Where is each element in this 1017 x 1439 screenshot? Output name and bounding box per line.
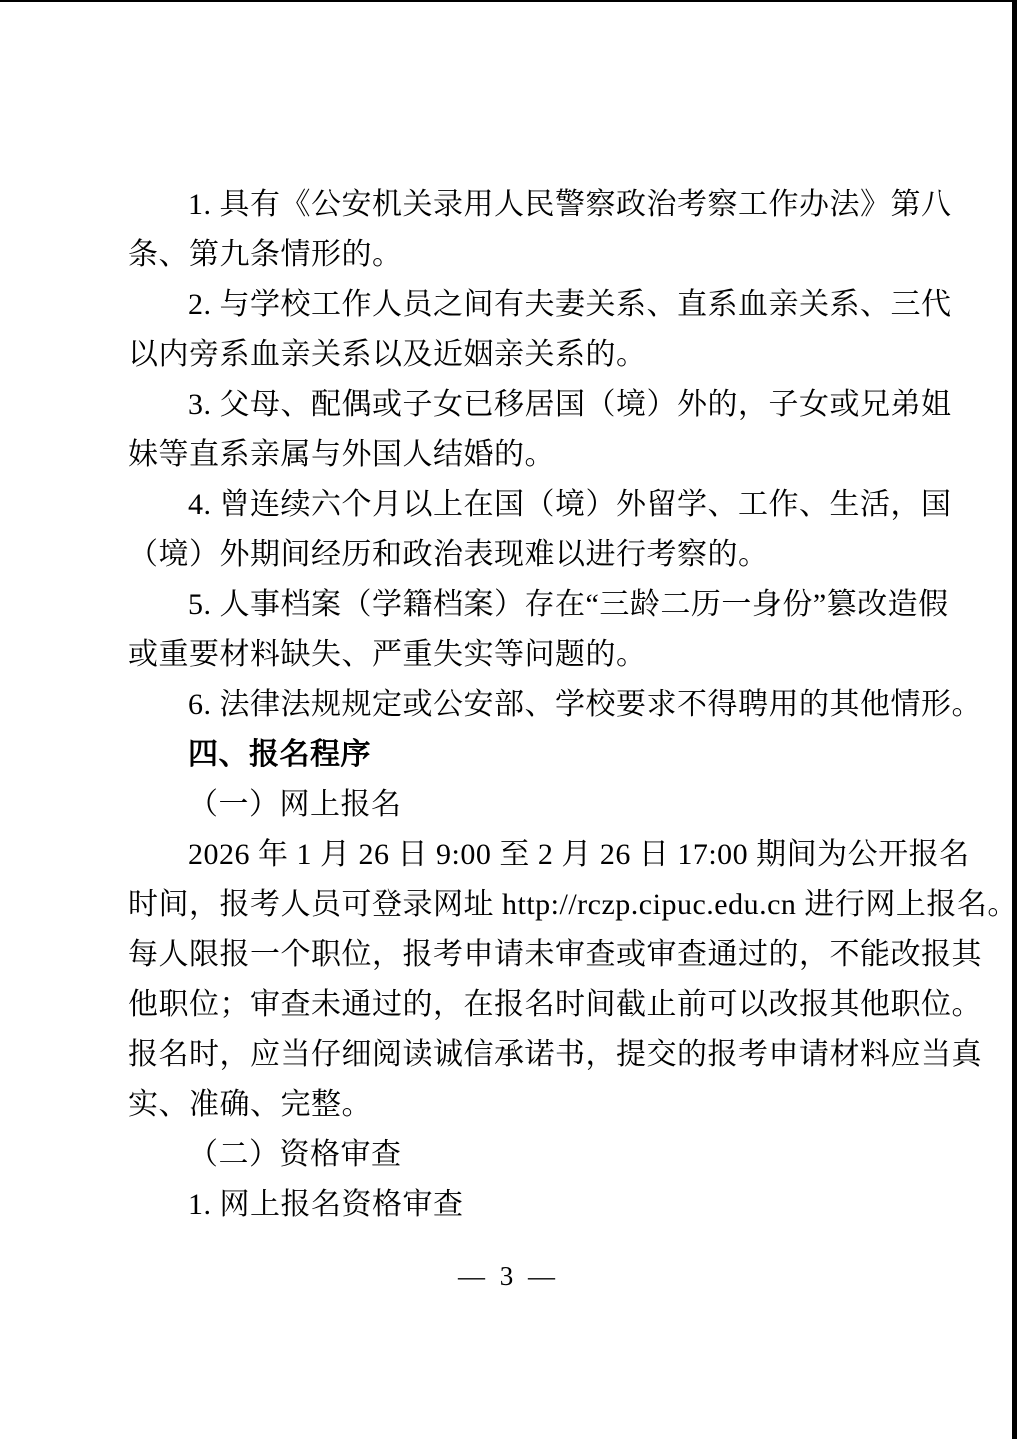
text-line: 每人限报一个职位，报考申请未审查或审查通过的，不能改报其 <box>128 930 906 980</box>
text-line: 2026 年 1 月 26 日 9:00 至 2 月 26 日 17:00 期间… <box>128 830 906 880</box>
text-line: 时间，报考人员可登录网址 http://rczp.cipuc.edu.cn 进行… <box>128 880 906 930</box>
document-body: 1. 具有《公安机关录用人民警察政治考察工作办法》第八 条、第九条情形的。 2.… <box>128 180 906 1230</box>
subsection-heading: （二）资格审查 <box>128 1130 906 1180</box>
text-line: 妹等直系亲属与外国人结婚的。 <box>128 430 906 480</box>
section-heading: 四、报名程序 <box>128 730 906 780</box>
text-line: 或重要材料缺失、严重失实等问题的。 <box>128 630 906 680</box>
text-line: 3. 父母、配偶或子女已移居国（境）外的，子女或兄弟姐 <box>128 380 906 430</box>
text-line: 6. 法律法规规定或公安部、学校要求不得聘用的其他情形。 <box>128 680 906 730</box>
page-number: — 3 — <box>0 1258 1017 1294</box>
text-line: 实、准确、完整。 <box>128 1080 906 1130</box>
text-line: 报名时，应当仔细阅读诚信承诺书，提交的报考申请材料应当真 <box>128 1030 906 1080</box>
text-line: 4. 曾连续六个月以上在国（境）外留学、工作、生活，国 <box>128 480 906 530</box>
text-line: 2. 与学校工作人员之间有夫妻关系、直系血亲关系、三代 <box>128 280 906 330</box>
text-line: 他职位；审查未通过的，在报名时间截止前可以改报其他职位。 <box>128 980 906 1030</box>
text-line: 条、第九条情形的。 <box>128 230 906 280</box>
page-right-border <box>1012 0 1017 1439</box>
page-top-border <box>0 0 1017 2</box>
document-page: 1. 具有《公安机关录用人民警察政治考察工作办法》第八 条、第九条情形的。 2.… <box>0 0 1017 1439</box>
text-line: 1. 具有《公安机关录用人民警察政治考察工作办法》第八 <box>128 180 906 230</box>
text-line: 以内旁系血亲关系以及近姻亲关系的。 <box>128 330 906 380</box>
text-line: （境）外期间经历和政治表现难以进行考察的。 <box>128 530 906 580</box>
text-line: 5. 人事档案（学籍档案）存在“三龄二历一身份”篡改造假 <box>128 580 906 630</box>
text-line: 1. 网上报名资格审查 <box>128 1180 906 1230</box>
subsection-heading: （一）网上报名 <box>128 780 906 830</box>
